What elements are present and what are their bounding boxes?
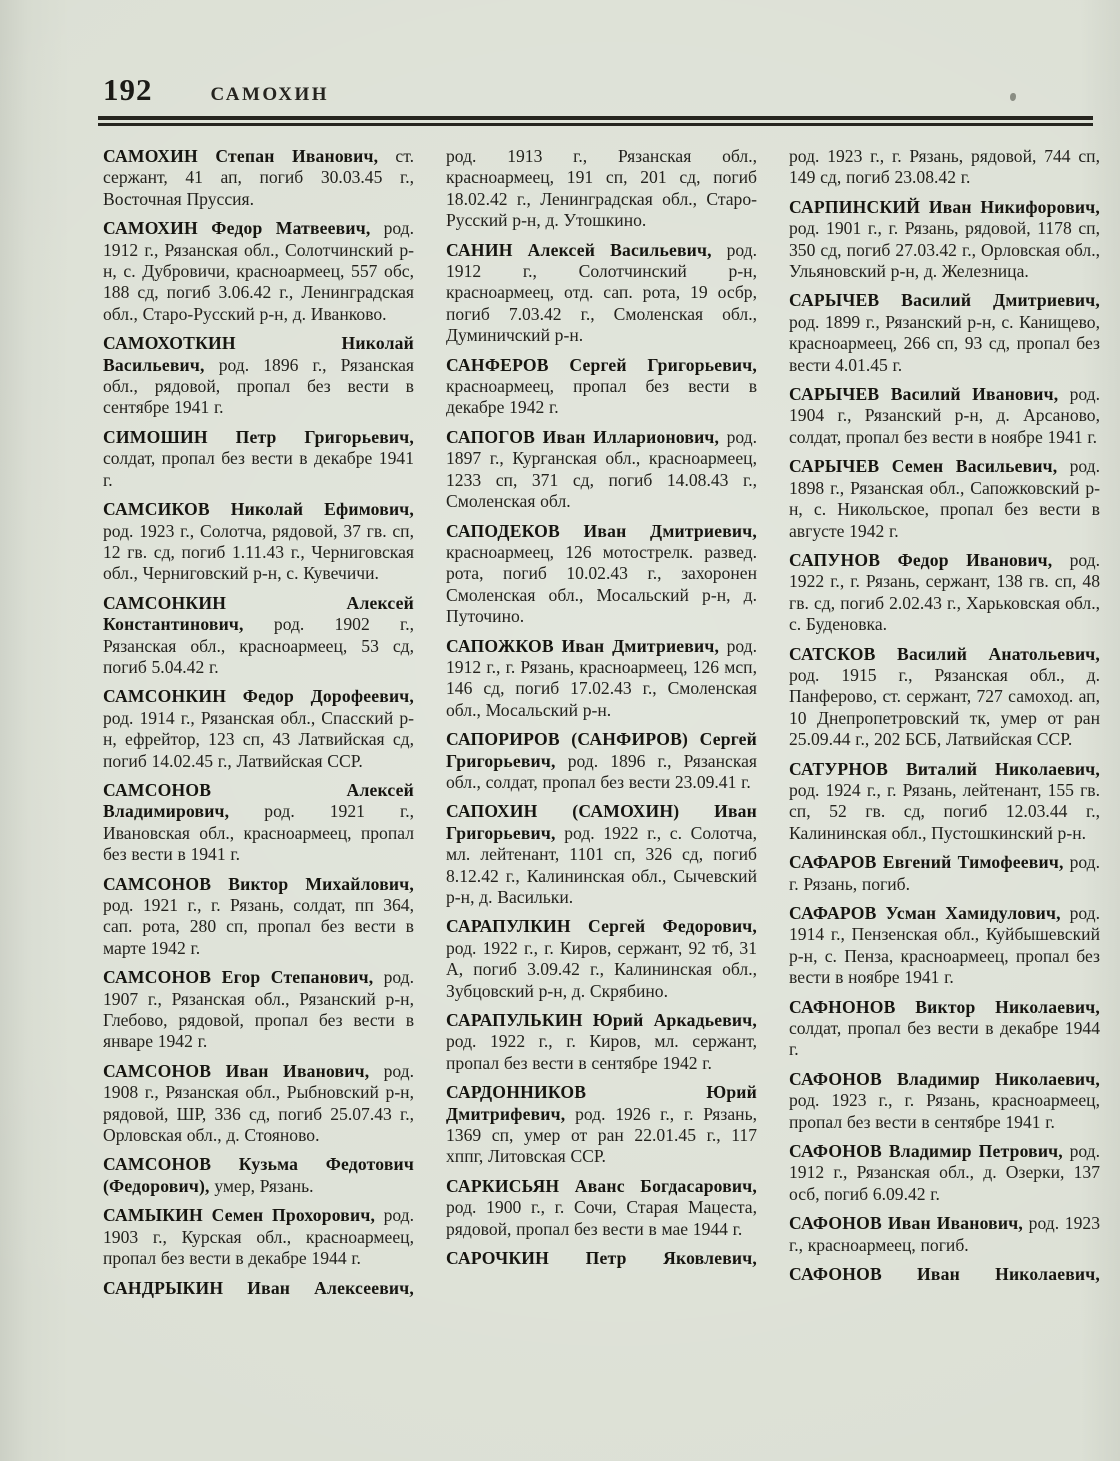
entry-details: красноармеец, пропал без вести в декабре… [446,376,757,417]
entry-name: САМОХИН Степан Иванович, [103,146,378,166]
entry-name: САМСИКОВ Николай Ефимович, [103,499,414,519]
entry: САФАРОВ Усман Хамидулович, род. 1914 г.,… [789,903,1100,989]
entry-name: САРЫЧЕВ Василий Иванович, [789,384,1058,404]
section-heading: САМОХИН [211,84,330,106]
running-head: 192 САМОХИН [103,72,1098,114]
entry: САФНОНОВ Виктор Николаевич, солдат, проп… [789,997,1100,1061]
entry: САМСОНКИН Алексей Константинович, род. 1… [103,593,414,679]
entry: САНДРЫКИН Иван Алексеевич, [103,1278,414,1299]
entry-name: САФОНОВ Иван Николаевич, [789,1264,1100,1284]
entry-name: САПОДЕКОВ Иван Дмитриевич, [446,521,757,541]
entry-name: САРЫЧЕВ Семен Васильевич, [789,456,1057,476]
entry-name: САФОНОВ Владимир Петрович, [789,1141,1063,1161]
entry-name: САНФЕРОВ Сергей Григорьевич, [446,355,757,375]
entry-details: род. 1915 г., Рязанская обл., д. Панферо… [789,665,1100,749]
entry-name: САМЫКИН Семен Прохорович, [103,1205,375,1225]
entry: САРЫЧЕВ Василий Иванович, род. 1904 г., … [789,384,1100,448]
entry: САТУРНОВ Виталий Николаевич, род. 1924 г… [789,759,1100,845]
entry-details: солдат, пропал без вести в декабре 1944 … [789,1018,1100,1059]
entry-details: род. 1921 г., г. Рязань, солдат, пп 364,… [103,895,414,958]
entry: САРДОННИКОВ Юрий Дмитрифевич, род. 1926 … [446,1082,757,1168]
entry-name: САРПИНСКИЙ Иван Никифорович, [789,197,1100,217]
entry: САПОДЕКОВ Иван Дмитриевич, красноармеец,… [446,521,757,628]
entry-name: САНДРЫКИН Иван Алексеевич, [103,1278,414,1298]
entry-details: род. 1900 г., г. Сочи, Старая Мацеста, р… [446,1197,757,1238]
entry: САМСОНОВ Егор Степанович, род. 1907 г., … [103,967,414,1053]
entry: САПОЖКОВ Иван Дмитриевич, род. 1912 г., … [446,636,757,722]
entry: САТСКОВ Василий Анатольевич, род. 1915 г… [789,644,1100,751]
entry: САМОХОТКИН Николай Васильевич, род. 1896… [103,333,414,419]
column-1: САМОХИН Степан Иванович, ст. сержант, 41… [103,146,414,1307]
entry: СИМОШИН Петр Григорьевич, солдат, пропал… [103,427,414,491]
entry-name: САМСОНОВ Виктор Михайлович, [103,874,414,894]
entry: САНФЕРОВ Сергей Григорьевич, красноармее… [446,355,757,419]
entry: САМСОНОВ Виктор Михайлович, род. 1921 г.… [103,874,414,960]
entry-name: САФАРОВ Евгений Тимофеевич, [789,852,1064,872]
entry-name: САМОХИН Федор Матвеевич, [103,218,370,238]
entry: САМОХИН Степан Иванович, ст. сержант, 41… [103,146,414,210]
entry-name: САМСОНОВ Егор Степанович, [103,967,373,987]
entry: САРПИНСКИЙ Иван Никифорович, род. 1901 г… [789,197,1100,283]
entry-details: род. 1924 г., г. Рязань, лейтенант, 155 … [789,780,1100,843]
entry: род. 1913 г., Рязанская обл., красноарме… [446,146,757,232]
entry-name: САРАПУЛЬКИН Юрий Аркадьевич, [446,1010,757,1030]
entry-details: род. 1923 г., г. Рязань, красноармеец, п… [789,1090,1100,1131]
entry-details: красноармеец, 126 мотострелк. развед. ро… [446,542,757,626]
entry: САРАПУЛЬКИН Юрий Аркадьевич, род. 1922 г… [446,1010,757,1074]
entry: САМСОНКИН Федор Дорофеевич, род. 1914 г.… [103,686,414,772]
entry-name: САФОНОВ Владимир Николаевич, [789,1069,1100,1089]
entry: САФОНОВ Иван Николаевич, [789,1264,1100,1285]
entry: САФАРОВ Евгений Тимофеевич, род. г. Ряза… [789,852,1100,895]
entry: САМСИКОВ Николай Ефимович, род. 1923 г.,… [103,499,414,585]
entry-details: солдат, пропал без вести в декабре 1941 … [103,448,414,489]
entry-name: САПУНОВ Федор Иванович, [789,550,1052,570]
entry-details: род. 1922 г., г. Киров, сержант, 92 тб, … [446,938,757,1001]
entry-name: САФОНОВ Иван Иванович, [789,1213,1023,1233]
entry-name: САФНОНОВ Виктор Николаевич, [789,997,1100,1017]
entry-name: САРЫЧЕВ Василий Дмитриевич, [789,290,1100,310]
entry: САМСОНОВ Иван Иванович, род. 1908 г., Ря… [103,1061,414,1147]
entry-details: умер, Рязань. [214,1176,313,1196]
page-number: 192 [103,72,153,108]
entry-name: САНИН Алексей Васильевич, [446,240,712,260]
entry: САРЫЧЕВ Василий Дмитриевич, род. 1899 г.… [789,290,1100,376]
entry-name: САФАРОВ Усман Хамидулович, [789,903,1061,923]
entry: САМСОНОВ Кузьма Федотович (Федорович), у… [103,1154,414,1197]
entry: САФОНОВ Владимир Петрович, род. 1912 г.,… [789,1141,1100,1205]
entry-name: САРОЧКИН Петр Яковлевич, [446,1248,757,1268]
entry-details: род. 1922 г., г. Киров, мл. сержант, про… [446,1031,757,1072]
entry: САФОНОВ Владимир Николаевич, род. 1923 г… [789,1069,1100,1133]
entry: САФОНОВ Иван Иванович, род. 1923 г., кра… [789,1213,1100,1256]
text-columns: САМОХИН Степан Иванович, ст. сержант, 41… [103,146,1100,1307]
entry: САРОЧКИН Петр Яковлевич, [446,1248,757,1269]
entry-name: САМСОНКИН Федор Дорофеевич, [103,686,414,706]
entry-name: САРКИСЬЯН Аванс Богдасарович, [446,1176,757,1196]
entry: род. 1923 г., г. Рязань, рядовой, 744 сп… [789,146,1100,189]
header-rule [98,116,1093,126]
entry: САМЫКИН Семен Прохорович, род. 1903 г., … [103,1205,414,1269]
entry-details: род. 1899 г., Рязанский р-н, с. Канищево… [789,312,1100,375]
entry-details: род. 1914 г., Рязанская обл., Спасский р… [103,708,414,771]
entry-name: САТУРНОВ Виталий Николаевич, [789,759,1100,779]
entry: САРКИСЬЯН Аванс Богдасарович, род. 1900 … [446,1176,757,1240]
entry-details: род. 1923 г., г. Рязань, рядовой, 744 сп… [789,146,1100,187]
entry: САПОГОВ Иван Илларионович, род. 1897 г.,… [446,427,757,513]
entry: САНИН Алексей Васильевич, род. 1912 г., … [446,240,757,347]
column-2: род. 1913 г., Рязанская обл., красноарме… [446,146,757,1307]
entry: САРЫЧЕВ Семен Васильевич, род. 1898 г., … [789,456,1100,542]
entry: САМСОНОВ Алексей Владимирович, род. 1921… [103,780,414,866]
entry-name: САПОГОВ Иван Илларионович, [446,427,719,447]
entry: САПОРИРОВ (САНФИРОВ) Сергей Григорьевич,… [446,729,757,793]
entry: САМОХИН Федор Матвеевич, род. 1912 г., Р… [103,218,414,325]
entry-name: САПОЖКОВ Иван Дмитриевич, [446,636,719,656]
entry-details: род. 1913 г., Рязанская обл., красноарме… [446,146,757,230]
column-3: род. 1923 г., г. Рязань, рядовой, 744 сп… [789,146,1100,1307]
entry: САРАПУЛКИН Сергей Федорович, род. 1922 г… [446,916,757,1002]
entry-name: САТСКОВ Василий Анатольевич, [789,644,1100,664]
entry-name: САРАПУЛКИН Сергей Федорович, [446,916,757,936]
entry-name: СИМОШИН Петр Григорьевич, [103,427,414,447]
entry: САПОХИН (САМОХИН) Иван Григорьевич, род.… [446,801,757,908]
entry-details: род. 1901 г., г. Рязань, рядовой, 1178 с… [789,218,1100,281]
book-page: 192 САМОХИН САМОХИН Степан Иванович, ст.… [0,0,1120,1461]
entry: САПУНОВ Федор Иванович, род. 1922 г., г.… [789,550,1100,636]
entry-name: САМСОНОВ Иван Иванович, [103,1061,369,1081]
entry-details: род. 1923 г., Солотча, рядовой, 37 гв. с… [103,521,414,584]
